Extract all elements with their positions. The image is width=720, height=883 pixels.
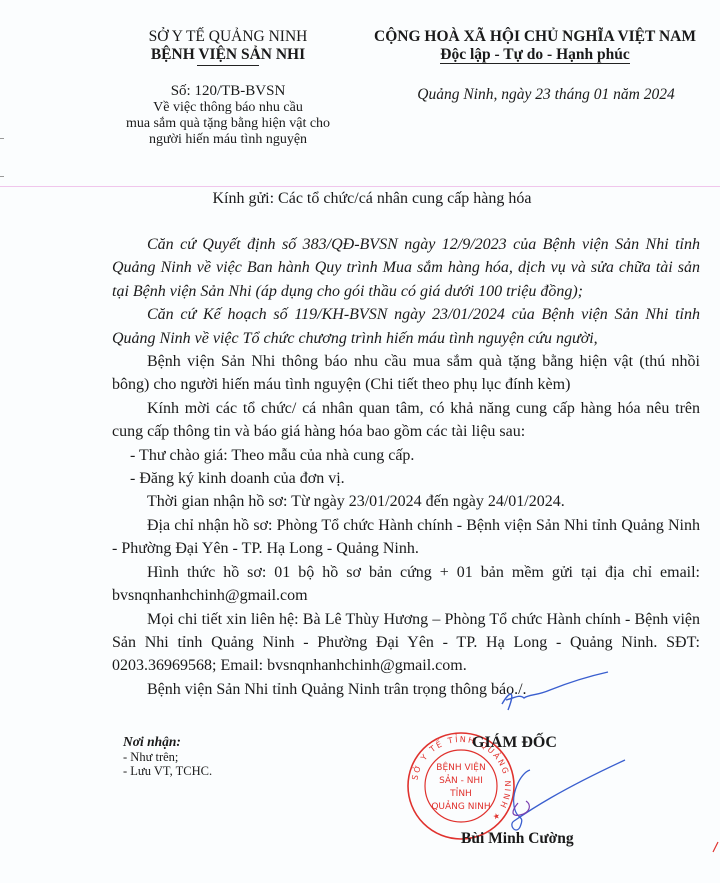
document-body: Căn cứ Quyết định số 383/QĐ-BVSN ngày 12…	[112, 233, 700, 701]
margin-tick	[0, 176, 4, 177]
legal-basis-1: Căn cứ Quyết định số 383/QĐ-BVSN ngày 12…	[112, 233, 700, 303]
page-divider	[0, 186, 720, 187]
svg-text:SẢN - NHI: SẢN - NHI	[439, 774, 483, 786]
required-document-item: - Đăng ký kinh doanh của đơn vị.	[112, 467, 700, 490]
required-document-item: - Thư chào giá: Theo mẫu của nhà cung cấ…	[112, 444, 700, 467]
receive-time: Thời gian nhận hồ sơ: Từ ngày 23/01/2024…	[112, 490, 700, 513]
subject-line: người hiến máu tình nguyện	[118, 132, 338, 148]
legal-basis-2: Căn cứ Kế hoạch số 119/KH-BVSN ngày 23/0…	[112, 303, 700, 350]
closing-line: Bệnh viện Sản Nhi tỉnh Quảng Ninh trân t…	[112, 678, 700, 701]
nation-name: CỘNG HOÀ XÃ HỘI CHỦ NGHĨA VIỆT NAM	[365, 28, 705, 46]
margin-tick	[0, 138, 4, 139]
svg-text:TỈNH: TỈNH	[449, 787, 472, 799]
signatory-title: GIÁM ĐỐC	[472, 734, 557, 752]
stamp-edge-mark-icon	[712, 840, 720, 854]
svg-text:QUẢNG NINH: QUẢNG NINH	[431, 800, 490, 812]
header-underline	[197, 65, 259, 66]
signatory-name: Bùi Minh Cường	[461, 830, 574, 848]
submission-form: Hình thức hồ sơ: 01 bộ hồ sơ bản cứng + …	[112, 561, 700, 584]
national-header: CỘNG HOÀ XÃ HỘI CHỦ NGHĨA VIỆT NAM Độc l…	[365, 28, 705, 104]
recipients-item: - Lưu VT, TCHC.	[123, 764, 212, 779]
subject-line: mua sắm quà tặng bằng hiện vật cho	[118, 116, 338, 132]
svg-text:BỆNH VIỆN: BỆNH VIỆN	[436, 761, 485, 773]
national-motto: Độc lập - Tự do - Hạnh phúc	[440, 46, 629, 64]
department-name: SỞ Y TẾ QUẢNG NINH	[118, 28, 338, 46]
announcement-paragraph: Bệnh viện Sản Nhi thông báo nhu cầu mua …	[112, 350, 700, 397]
submission-email[interactable]: bvsnqnhanhchinh@gmail.com	[112, 584, 700, 607]
receive-address: Địa chỉ nhận hồ sơ: Phòng Tổ chức Hành c…	[112, 514, 700, 561]
document-page: SỞ Y TẾ QUẢNG NINH BỆNH VIỆN SẢN NHI Số:…	[0, 0, 720, 883]
initial-signature-icon	[490, 660, 610, 720]
recipients-title: Nơi nhận:	[123, 735, 212, 750]
hospital-name: BỆNH VIỆN SẢN NHI	[118, 46, 338, 64]
subject-line: Về việc thông báo nhu cầu	[118, 100, 338, 116]
issuer-header: SỞ Y TẾ QUẢNG NINH BỆNH VIỆN SẢN NHI Số:…	[118, 28, 338, 148]
recipient-line: Kính gửi: Các tổ chức/cá nhân cung cấp h…	[0, 189, 720, 209]
place-and-date: Quảng Ninh, ngày 23 tháng 01 năm 2024	[365, 86, 705, 104]
document-number: Số: 120/TB-BVSN	[118, 82, 338, 100]
recipients-block: Nơi nhận: - Như trên; - Lưu VT, TCHC.	[123, 735, 212, 779]
recipients-item: - Như trên;	[123, 750, 212, 765]
invitation-paragraph: Kính mời các tổ chức/ cá nhân quan tâm, …	[112, 397, 700, 444]
contact-paragraph: Mọi chi tiết xin liên hệ: Bà Lê Thùy Hươ…	[112, 608, 700, 678]
